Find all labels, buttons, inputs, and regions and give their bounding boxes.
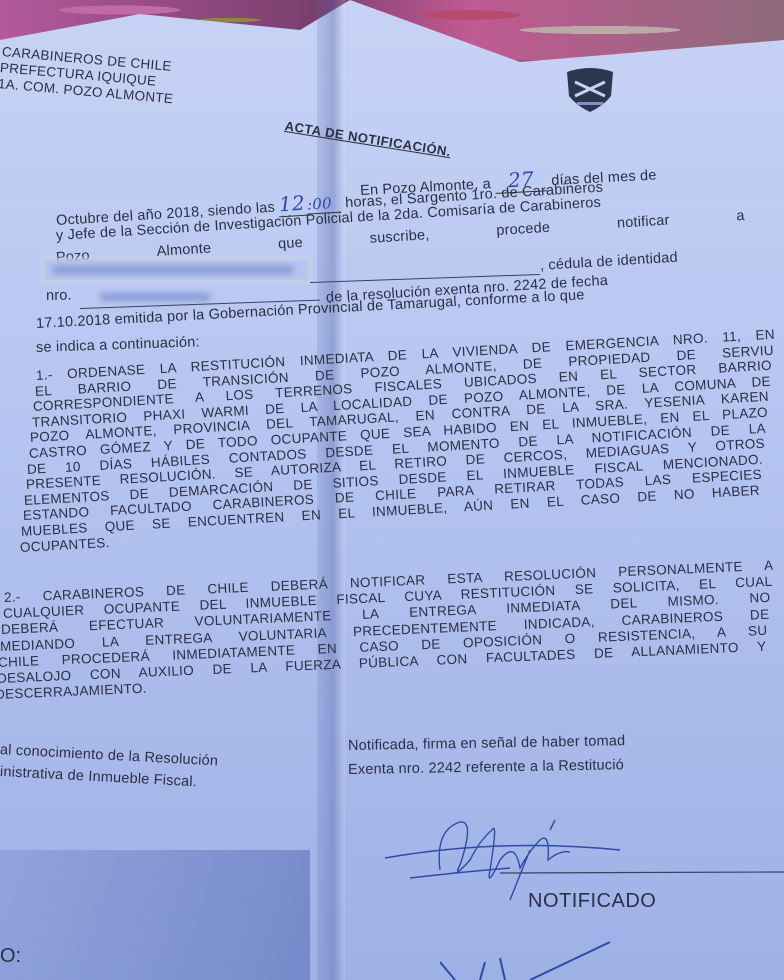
intro-nro-label: nro. — [46, 288, 72, 304]
word: procede — [496, 220, 551, 239]
second-signature-partial — [440, 940, 640, 980]
word: que — [278, 235, 304, 252]
word: Almonte — [156, 241, 211, 260]
paper-shadow — [0, 850, 310, 980]
word: a — [736, 208, 745, 224]
bottom-label: O: — [0, 945, 21, 968]
carabineros-shield-icon — [563, 66, 617, 112]
redacted-name-field — [42, 258, 310, 282]
signature-label: NOTIFICADO — [528, 890, 656, 913]
word: notificar — [617, 212, 670, 231]
